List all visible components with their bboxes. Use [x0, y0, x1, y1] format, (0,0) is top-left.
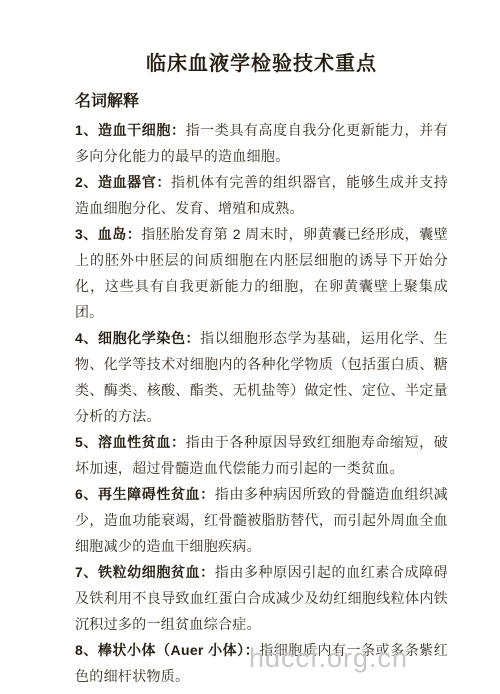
term-label: 2、造血器官：	[75, 174, 171, 190]
term-label: 3、血岛：	[75, 226, 141, 242]
term-label: 7、铁粒幼细胞贫血：	[75, 564, 215, 580]
term-label: 1、造血干细胞：	[75, 122, 186, 138]
term-list: 1、造血干细胞：指一类具有高度自我分化更新能力，并有多向分化能力的最早的造血细胞…	[75, 117, 448, 689]
document-page: 临床血液学检验技术重点 名词解释 1、造血干细胞：指一类具有高度自我分化更新能力…	[0, 0, 500, 694]
term-item: 6、再生障碍性贫血：指由多种病因所致的骨髓造血组织减少，造血功能衰竭，红骨髓被脂…	[75, 481, 448, 559]
watermark: hdccf.org.cn	[249, 641, 408, 675]
term-item: 2、造血器官：指机体有完善的组织器官，能够生成并支持造血细胞分化、发育、增殖和成…	[75, 169, 448, 221]
term-item: 3、血岛：指胚胎发育第 2 周末时，卵黄囊已经形成，囊壁上的胚外中胚层的间质细胞…	[75, 221, 448, 325]
term-label: 8、棒状小体（Auer 小体）：	[75, 642, 259, 658]
term-item: 7、铁粒幼细胞贫血：指由多种原因引起的血红素合成障碍及铁利用不良导致血红蛋白合成…	[75, 559, 448, 637]
term-label: 6、再生障碍性贫血：	[75, 486, 215, 502]
document-title: 临床血液学检验技术重点	[75, 50, 448, 78]
term-item: 5、溶血性贫血：指由于各种原因导致红细胞寿命缩短，破坏加速，超过骨髓造血代偿能力…	[75, 429, 448, 481]
term-label: 5、溶血性贫血：	[75, 434, 186, 450]
term-item: 4、细胞化学染色：指以细胞形态学为基础，运用化学、生物、化学等技术对细胞内的各种…	[75, 325, 448, 429]
term-item: 1、造血干细胞：指一类具有高度自我分化更新能力，并有多向分化能力的最早的造血细胞…	[75, 117, 448, 169]
section-heading: 名词解释	[75, 91, 448, 113]
term-label: 4、细胞化学染色：	[75, 330, 200, 346]
